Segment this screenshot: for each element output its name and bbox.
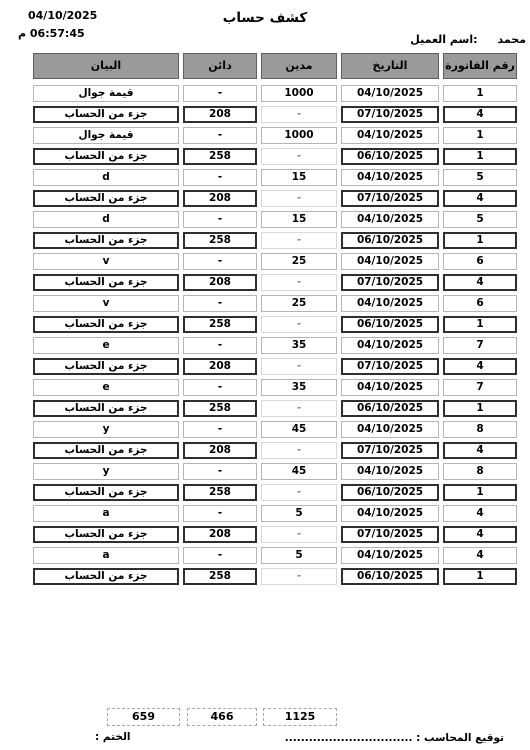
column-header-debit: مدين <box>261 53 337 79</box>
cell-date: 04/10/2025 <box>341 463 439 480</box>
cell-credit: 208 <box>183 190 257 207</box>
cell-description: y <box>33 463 179 480</box>
cell-description: جزء من الحساب <box>33 190 179 207</box>
cell-description: جزء من الحساب <box>33 274 179 291</box>
account-statement-table: رقم الفاتورة التاريخ مدين دائن البيان 10… <box>33 53 517 589</box>
cell-date: 04/10/2025 <box>341 85 439 102</box>
cell-invoice-number: 1 <box>443 400 517 417</box>
cell-date: 07/10/2025 <box>341 526 439 543</box>
table-row: 407/10/2025-208جزء من الحساب <box>33 274 517 291</box>
table-row: 504/10/202515-d <box>33 169 517 186</box>
cell-invoice-number: 4 <box>443 274 517 291</box>
cell-invoice-number: 7 <box>443 337 517 354</box>
table-row: 804/10/202545-y <box>33 421 517 438</box>
table-row: 106/10/2025-258جزء من الحساب <box>33 568 517 585</box>
cell-date: 07/10/2025 <box>341 106 439 123</box>
report-time: 06:57:45 م <box>18 27 85 40</box>
table-row: 407/10/2025-208جزء من الحساب <box>33 358 517 375</box>
table-row: 106/10/2025-258جزء من الحساب <box>33 484 517 501</box>
cell-description: جزء من الحساب <box>33 316 179 333</box>
cell-date: 04/10/2025 <box>341 547 439 564</box>
cell-debit: - <box>261 400 337 417</box>
cell-debit: 25 <box>261 295 337 312</box>
cell-description: قيمة جوال <box>33 127 179 144</box>
table-row: 104/10/20251000-قيمة جوال <box>33 85 517 102</box>
cell-date: 06/10/2025 <box>341 316 439 333</box>
cell-debit: - <box>261 442 337 459</box>
cell-invoice-number: 1 <box>443 484 517 501</box>
cell-credit: 258 <box>183 148 257 165</box>
cell-invoice-number: 1 <box>443 148 517 165</box>
cell-credit: 258 <box>183 232 257 249</box>
cell-date: 04/10/2025 <box>341 253 439 270</box>
cell-date: 06/10/2025 <box>341 148 439 165</box>
cell-debit: 45 <box>261 421 337 438</box>
table-row: 104/10/20251000-قيمة جوال <box>33 127 517 144</box>
cell-date: 06/10/2025 <box>341 484 439 501</box>
table-row: 106/10/2025-258جزء من الحساب <box>33 148 517 165</box>
table-row: 404/10/20255-a <box>33 547 517 564</box>
cell-invoice-number: 6 <box>443 295 517 312</box>
cell-invoice-number: 4 <box>443 358 517 375</box>
cell-invoice-number: 4 <box>443 106 517 123</box>
cell-debit: - <box>261 190 337 207</box>
cell-invoice-number: 5 <box>443 169 517 186</box>
cell-description: v <box>33 253 179 270</box>
table-row: 604/10/202525-v <box>33 253 517 270</box>
cell-date: 04/10/2025 <box>341 169 439 186</box>
cell-description: d <box>33 169 179 186</box>
cell-date: 04/10/2025 <box>341 127 439 144</box>
cell-debit: 35 <box>261 379 337 396</box>
cell-description: جزء من الحساب <box>33 442 179 459</box>
debit-total-box: 1125 <box>263 708 337 726</box>
table-row: 804/10/202545-y <box>33 463 517 480</box>
cell-credit: 258 <box>183 484 257 501</box>
cell-description: جزء من الحساب <box>33 106 179 123</box>
cell-invoice-number: 8 <box>443 421 517 438</box>
table-row: 404/10/20255-a <box>33 505 517 522</box>
cell-credit: 208 <box>183 442 257 459</box>
cell-description: y <box>33 421 179 438</box>
cell-date: 04/10/2025 <box>341 295 439 312</box>
cell-description: v <box>33 295 179 312</box>
cell-date: 07/10/2025 <box>341 190 439 207</box>
cell-credit: - <box>183 463 257 480</box>
table-body: 104/10/20251000-قيمة جوال407/10/2025-208… <box>33 85 517 585</box>
cell-description: جزء من الحساب <box>33 148 179 165</box>
table-row: 504/10/202515-d <box>33 211 517 228</box>
cell-description: جزء من الحساب <box>33 484 179 501</box>
cell-credit: - <box>183 505 257 522</box>
report-title: كشف حساب <box>0 10 530 26</box>
cell-invoice-number: 1 <box>443 232 517 249</box>
cell-debit: - <box>261 316 337 333</box>
cell-credit: 258 <box>183 568 257 585</box>
cell-date: 06/10/2025 <box>341 568 439 585</box>
cell-credit: - <box>183 253 257 270</box>
cell-date: 07/10/2025 <box>341 442 439 459</box>
cell-credit: - <box>183 211 257 228</box>
table-row: 106/10/2025-258جزء من الحساب <box>33 316 517 333</box>
cell-date: 04/10/2025 <box>341 379 439 396</box>
cell-debit: 45 <box>261 463 337 480</box>
table-row: 106/10/2025-258جزء من الحساب <box>33 400 517 417</box>
cell-date: 07/10/2025 <box>341 274 439 291</box>
cell-credit: - <box>183 127 257 144</box>
cell-debit: - <box>261 274 337 291</box>
cell-credit: - <box>183 379 257 396</box>
cell-invoice-number: 4 <box>443 547 517 564</box>
cell-debit: - <box>261 106 337 123</box>
table-row: 407/10/2025-208جزء من الحساب <box>33 190 517 207</box>
table-row: 704/10/202535-e <box>33 337 517 354</box>
table-row: 407/10/2025-208جزء من الحساب <box>33 442 517 459</box>
column-header-invoice-number: رقم الفاتورة <box>443 53 517 79</box>
cell-credit: - <box>183 295 257 312</box>
cell-description: جزء من الحساب <box>33 400 179 417</box>
cell-description: جزء من الحساب <box>33 568 179 585</box>
cell-description: قيمة جوال <box>33 85 179 102</box>
table-header-row: رقم الفاتورة التاريخ مدين دائن البيان <box>33 53 517 79</box>
cell-debit: 5 <box>261 547 337 564</box>
cell-description: جزء من الحساب <box>33 232 179 249</box>
cell-invoice-number: 4 <box>443 442 517 459</box>
cell-credit: 208 <box>183 358 257 375</box>
cell-date: 04/10/2025 <box>341 337 439 354</box>
cell-debit: - <box>261 232 337 249</box>
cell-debit: 35 <box>261 337 337 354</box>
cell-credit: - <box>183 169 257 186</box>
cell-invoice-number: 1 <box>443 127 517 144</box>
cell-invoice-number: 4 <box>443 526 517 543</box>
cell-invoice-number: 6 <box>443 253 517 270</box>
cell-date: 04/10/2025 <box>341 505 439 522</box>
cell-description: e <box>33 379 179 396</box>
cell-debit: - <box>261 484 337 501</box>
cell-description: جزء من الحساب <box>33 526 179 543</box>
cell-debit: - <box>261 526 337 543</box>
cell-description: a <box>33 547 179 564</box>
cell-invoice-number: 4 <box>443 190 517 207</box>
cell-credit: 208 <box>183 106 257 123</box>
cell-credit: - <box>183 85 257 102</box>
cell-credit: 258 <box>183 400 257 417</box>
cell-invoice-number: 1 <box>443 85 517 102</box>
cell-date: 06/10/2025 <box>341 400 439 417</box>
credit-total-box: 466 <box>187 708 257 726</box>
column-header-date: التاريخ <box>341 53 439 79</box>
table-row: 407/10/2025-208جزء من الحساب <box>33 106 517 123</box>
table-row: 604/10/202525-v <box>33 295 517 312</box>
cell-invoice-number: 4 <box>443 505 517 522</box>
cell-debit: 5 <box>261 505 337 522</box>
cell-debit: 1000 <box>261 85 337 102</box>
cell-credit: - <box>183 547 257 564</box>
cell-date: 07/10/2025 <box>341 358 439 375</box>
cell-date: 04/10/2025 <box>341 211 439 228</box>
report-page: { "report": { "date": "04/10/2025", "tim… <box>0 0 530 750</box>
client-name-label: اسم العميل: <box>410 33 477 46</box>
column-header-credit: دائن <box>183 53 257 79</box>
cell-debit: - <box>261 148 337 165</box>
stamp-label: الختم : <box>95 731 130 743</box>
table-row: 704/10/202535-e <box>33 379 517 396</box>
client-name-value: محمد <box>498 33 526 46</box>
table-row: 106/10/2025-258جزء من الحساب <box>33 232 517 249</box>
cell-description: e <box>33 337 179 354</box>
cell-invoice-number: 5 <box>443 211 517 228</box>
cell-debit: 15 <box>261 169 337 186</box>
cell-credit: - <box>183 337 257 354</box>
cell-debit: - <box>261 358 337 375</box>
cell-debit: 25 <box>261 253 337 270</box>
cell-credit: - <box>183 421 257 438</box>
cell-date: 04/10/2025 <box>341 421 439 438</box>
table-row: 407/10/2025-208جزء من الحساب <box>33 526 517 543</box>
cell-credit: 208 <box>183 274 257 291</box>
cell-credit: 208 <box>183 526 257 543</box>
accountant-signature-label: توقيع المحاسب : ........................… <box>285 732 504 744</box>
cell-description: a <box>33 505 179 522</box>
cell-debit: 1000 <box>261 127 337 144</box>
balance-total-box: 659 <box>107 708 180 726</box>
cell-debit: 15 <box>261 211 337 228</box>
cell-invoice-number: 8 <box>443 463 517 480</box>
column-header-description: البيان <box>33 53 179 79</box>
cell-date: 06/10/2025 <box>341 232 439 249</box>
cell-invoice-number: 1 <box>443 568 517 585</box>
cell-description: d <box>33 211 179 228</box>
cell-debit: - <box>261 568 337 585</box>
cell-invoice-number: 7 <box>443 379 517 396</box>
cell-invoice-number: 1 <box>443 316 517 333</box>
cell-description: جزء من الحساب <box>33 358 179 375</box>
client-line: اسم العميل: محمد <box>410 33 526 46</box>
cell-credit: 258 <box>183 316 257 333</box>
